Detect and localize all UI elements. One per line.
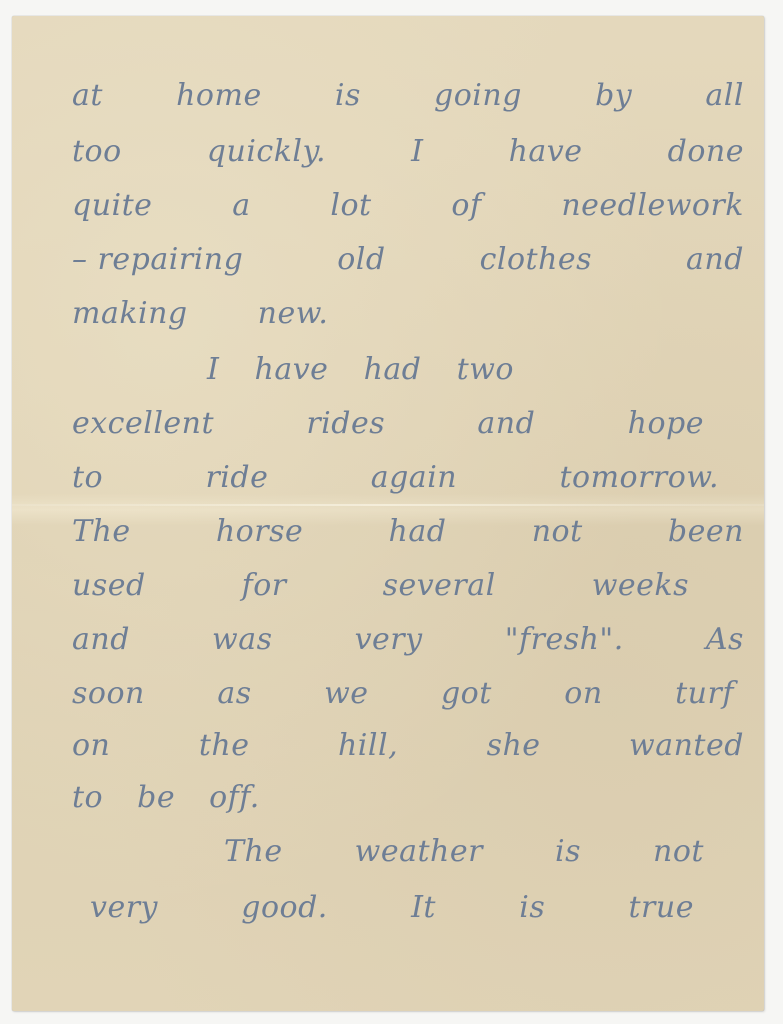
word: to <box>72 780 103 815</box>
word: soon <box>72 676 145 711</box>
word: very <box>355 622 423 657</box>
word: The <box>72 514 131 549</box>
letter-line-12: soon as we got on turf <box>72 676 734 726</box>
letter-line-4: – repairing old clothes and <box>72 242 744 292</box>
word: quite <box>72 188 152 223</box>
word: excellent <box>72 406 214 441</box>
word: as <box>217 676 251 711</box>
word: off. <box>209 780 260 815</box>
word: "fresh". <box>505 622 624 657</box>
word: hope <box>628 406 704 441</box>
word: done <box>668 134 744 169</box>
word: horse <box>216 514 303 549</box>
letter-line-7: excellent rides and hope <box>72 406 704 456</box>
word: new. <box>258 296 329 331</box>
word: – repairing <box>72 242 243 277</box>
word: good. <box>241 890 328 925</box>
word: is <box>519 890 545 925</box>
word: by <box>595 78 632 113</box>
word: going <box>434 78 522 113</box>
word: tomorrow. <box>559 460 719 495</box>
word: the <box>199 728 250 763</box>
word: have <box>255 352 329 387</box>
word: is <box>335 78 361 113</box>
handwritten-text: at home is going by all too quickly. I h… <box>12 16 764 1011</box>
word: be <box>137 780 175 815</box>
word: she <box>487 728 541 763</box>
word: had <box>364 352 422 387</box>
word: used <box>72 568 146 603</box>
word: weeks <box>592 568 689 603</box>
word: wanted <box>629 728 744 763</box>
letter-line-2: too quickly. I have done <box>72 134 744 184</box>
word: and <box>477 406 535 441</box>
scanned-letter: at home is going by all too quickly. I h… <box>0 0 783 1024</box>
word: on <box>564 676 602 711</box>
word: too <box>72 134 122 169</box>
word: lot <box>330 188 371 223</box>
word: clothes <box>480 242 592 277</box>
letter-line-10: used for several weeks <box>72 568 689 618</box>
word: on <box>72 728 110 763</box>
word: is <box>555 834 581 869</box>
word: was <box>212 622 272 657</box>
word: old <box>337 242 385 277</box>
word: and <box>686 242 744 277</box>
word: It <box>411 890 436 925</box>
word: had <box>389 514 447 549</box>
word: have <box>509 134 583 169</box>
word: and <box>72 622 130 657</box>
word: of <box>451 188 481 223</box>
word: we <box>324 676 368 711</box>
word: I <box>207 352 219 387</box>
letter-line-3: quite a lot of needlework <box>72 188 744 238</box>
word: quickly. <box>207 134 326 169</box>
letter-line-11: and was very "fresh". As <box>72 622 744 672</box>
letter-line-5: making new. <box>72 296 744 346</box>
word: home <box>176 78 262 113</box>
word: ride <box>205 460 268 495</box>
word: needlework <box>561 188 744 223</box>
word: several <box>383 568 496 603</box>
word: making <box>72 296 188 331</box>
letter-line-14: to be off. <box>72 780 744 830</box>
letter-line-6: I have had two <box>207 352 514 402</box>
letter-line-1: at home is going by all <box>72 78 744 128</box>
word: two <box>457 352 514 387</box>
word: turf <box>675 676 734 711</box>
word: at <box>72 78 103 113</box>
letter-line-15: The weather is not <box>224 834 704 884</box>
word: all <box>705 78 744 113</box>
letter-paper: at home is going by all too quickly. I h… <box>12 16 764 1011</box>
word: As <box>706 622 744 657</box>
word: for <box>242 568 287 603</box>
word: not <box>532 514 583 549</box>
word: very <box>90 890 158 925</box>
word: hill, <box>338 728 398 763</box>
word: again <box>371 460 457 495</box>
word: rides <box>306 406 385 441</box>
word: a <box>232 188 250 223</box>
word: to <box>72 460 103 495</box>
letter-line-8: to ride again tomorrow. <box>72 460 719 510</box>
word: weather <box>355 834 483 869</box>
letter-line-16: very good. It is true <box>90 890 694 940</box>
word: not <box>653 834 704 869</box>
word: been <box>668 514 744 549</box>
word: The <box>224 834 283 869</box>
word: true <box>628 890 693 925</box>
word: I <box>411 134 423 169</box>
letter-line-13: on the hill, she wanted <box>72 728 744 778</box>
word: got <box>441 676 492 711</box>
letter-line-9: The horse had not been <box>72 514 744 564</box>
